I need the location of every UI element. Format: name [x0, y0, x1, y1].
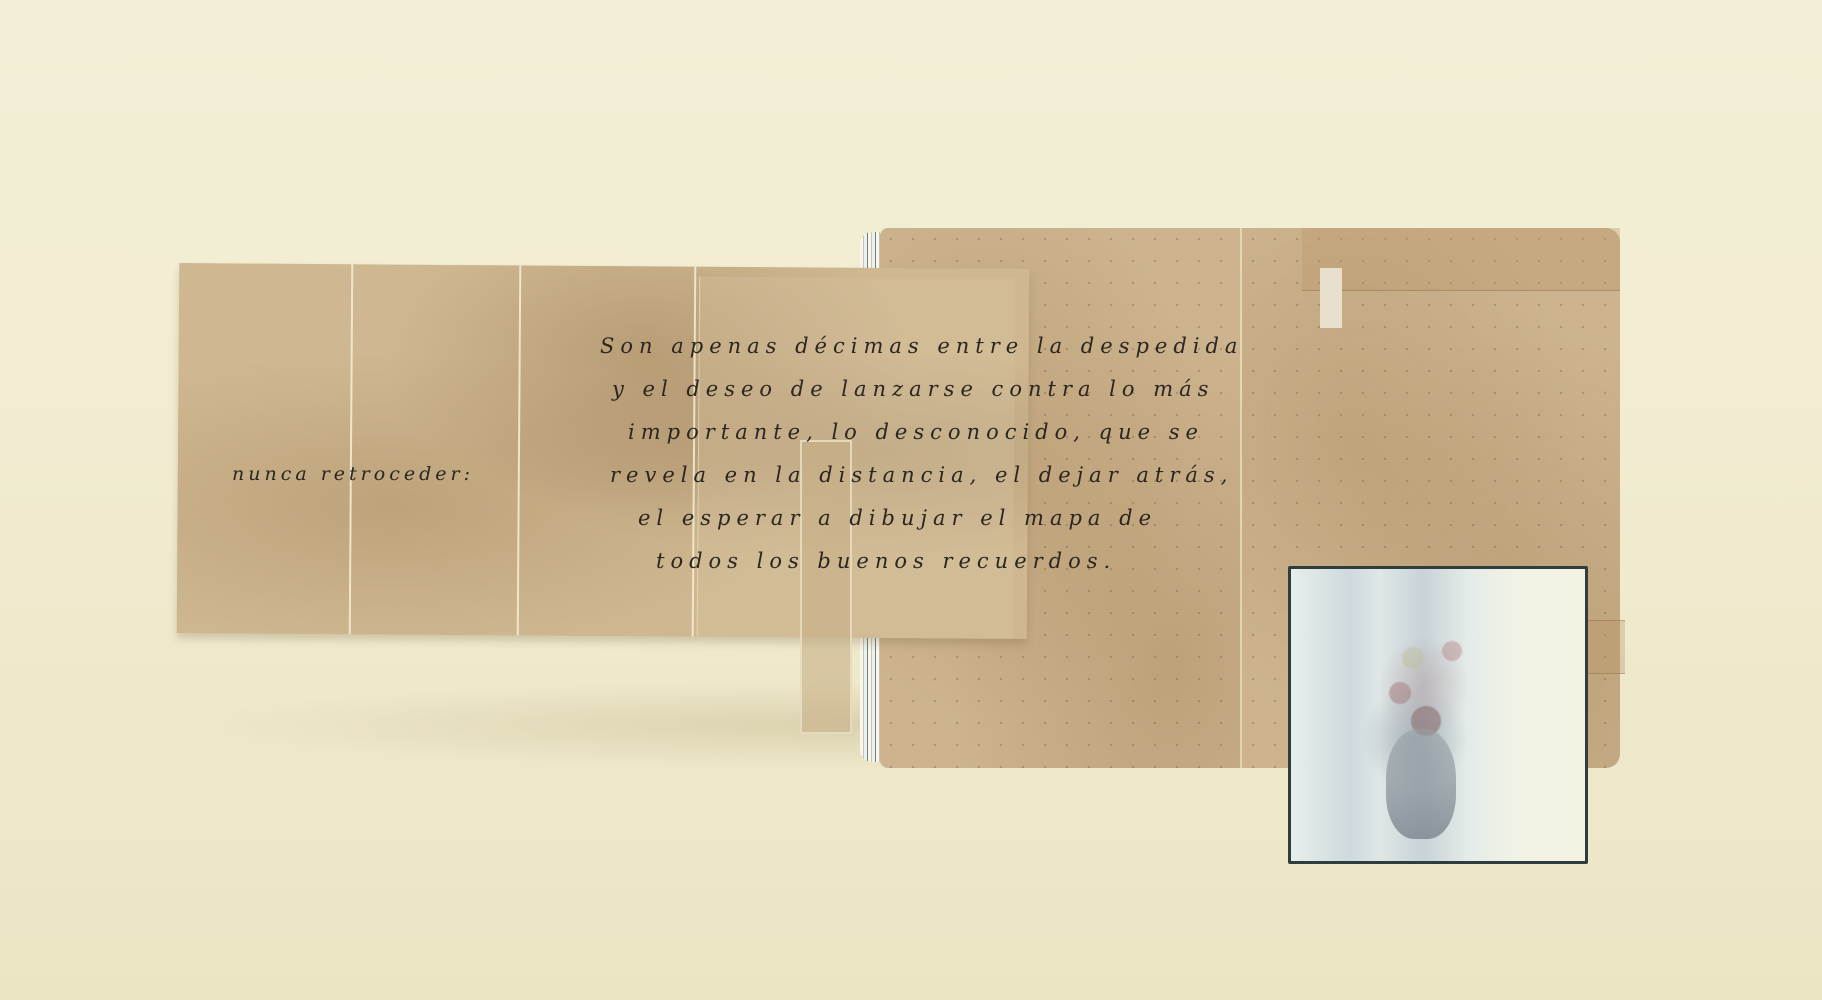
verse-line: y el deseo de lanzarse contra lo más — [612, 368, 1255, 411]
verse-line: el esperar a dibujar el mapa de — [638, 497, 1281, 540]
torn-paper-corner — [1320, 268, 1342, 328]
fold-line — [517, 265, 522, 635]
tape-strip-top — [1302, 228, 1620, 291]
verse-line: importante, lo desconocido, que se — [628, 411, 1271, 454]
verse-line: Son apenas décimas entre la despedida — [600, 325, 1243, 368]
vase — [1386, 729, 1456, 839]
verse-line: todos los buenos recuerdos. — [656, 540, 1299, 583]
handwritten-side-note: nunca retroceder: — [232, 463, 474, 485]
plant-leaves — [1361, 609, 1491, 749]
verse-line: revela en la distancia, el dejar atrás, — [610, 454, 1253, 497]
instant-photo — [1288, 566, 1588, 864]
fold-line — [349, 264, 354, 634]
handwritten-verse: Son apenas décimas entre la despedida y … — [600, 325, 1243, 583]
